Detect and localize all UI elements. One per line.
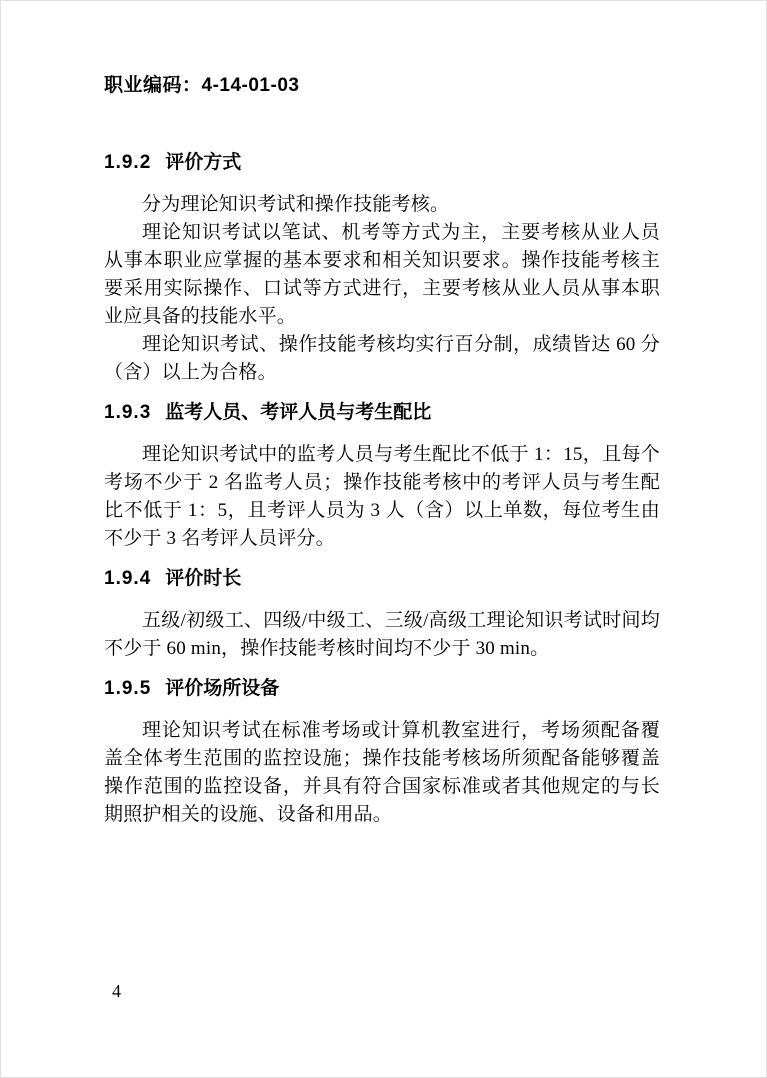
page-number: 4	[112, 979, 121, 1003]
paragraph: 理论知识考试中的监考人员与考生配比不低于 1：15，且每个考场不少于 2 名监考…	[104, 441, 660, 553]
section-heading-1-9-2: 1.9.2评价方式	[104, 151, 660, 175]
paragraph: 五级/初级工、四级/中级工、三级/高级工理论知识考试时间均不少于 60 min，…	[104, 607, 660, 663]
document-page: 职业编码：4-14-01-03 1.9.2评价方式 分为理论知识考试和操作技能考…	[0, 0, 767, 1078]
paragraph: 理论知识考试以笔试、机考等方式为主，主要考核从业人员从事本职业应掌握的基本要求和…	[104, 219, 660, 331]
paragraph: 分为理论知识考试和操作技能考核。	[104, 191, 660, 219]
section-title: 评价场所设备	[165, 678, 279, 699]
section-title: 评价时长	[165, 568, 241, 589]
occupation-code-header: 职业编码：4-14-01-03	[104, 74, 660, 98]
section-heading-1-9-4: 1.9.4评价时长	[104, 567, 660, 591]
section-number: 1.9.4	[104, 568, 151, 589]
paragraph: 理论知识考试在标准考场或计算机教室进行，考场须配备覆盖全体考生范围的监控设施；操…	[104, 717, 660, 829]
section-number: 1.9.3	[104, 402, 151, 423]
section-heading-1-9-3: 1.9.3监考人员、考评人员与考生配比	[104, 401, 660, 425]
paragraph: 理论知识考试、操作技能考核均实行百分制，成绩皆达 60 分（含）以上为合格。	[104, 331, 660, 387]
section-heading-1-9-5: 1.9.5评价场所设备	[104, 677, 660, 701]
section-number: 1.9.2	[104, 152, 151, 173]
section-number: 1.9.5	[104, 678, 151, 699]
section-title: 评价方式	[165, 152, 241, 173]
section-title: 监考人员、考评人员与考生配比	[165, 402, 431, 423]
page-content: 职业编码：4-14-01-03 1.9.2评价方式 分为理论知识考试和操作技能考…	[104, 74, 660, 829]
